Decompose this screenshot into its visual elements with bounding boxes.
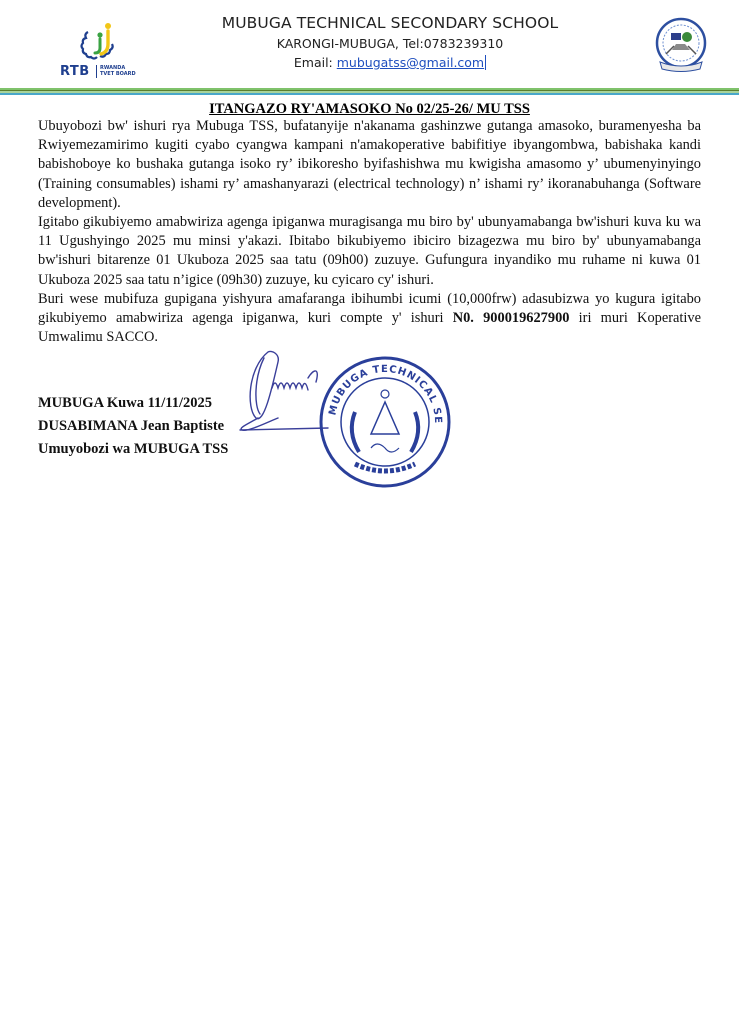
rtb-logo: RTB RWANDA TVET BOARD [56, 20, 156, 80]
school-emblem-icon [652, 16, 710, 76]
signatory-title: Umuyobozi wa MUBUGA TSS [38, 438, 228, 461]
paragraph-tender-docs: Igitabo gikubiyemo amabwiriza agenga ipi… [38, 213, 701, 290]
paragraph-payment: Buri wese mubifuza gupigana yishyura ama… [38, 290, 701, 348]
signatory-name: DUSABIMANA Jean Baptiste [38, 415, 228, 438]
paragraph-intro: Ubuyobozi bw' ishuri rya Mubuga TSS, buf… [38, 117, 701, 213]
school-email-line: Email: mubugatss@gmail.com [180, 53, 600, 72]
school-info: MUBUGA TECHNICAL SECONDARY SCHOOL KARONG… [180, 12, 600, 72]
school-address: KARONGI-MUBUGA, Tel:0783239310 [180, 34, 600, 53]
school-emblem [652, 16, 710, 76]
place-date: MUBUGA Kuwa 11/11/2025 [38, 392, 228, 415]
rtb-logo-icon [56, 20, 156, 64]
email-label: Email: [294, 55, 337, 70]
email-link[interactable]: mubugatss@gmail.com [337, 55, 486, 70]
notice-body: Ubuyobozi bw' ishuri rya Mubuga TSS, buf… [38, 117, 701, 347]
signature-block: MUBUGA Kuwa 11/11/2025 DUSABIMANA Jean B… [38, 392, 228, 461]
school-name: MUBUGA TECHNICAL SECONDARY SCHOOL [180, 12, 600, 34]
notice-title: ITANGAZO RY'AMASOKO No 02/25-26/ MU TSS [0, 101, 739, 118]
rtb-acronym: RTB [60, 64, 90, 79]
rtb-subtitle: RWANDA TVET BOARD [100, 65, 136, 77]
svg-text:MUBUGA TECHNICAL SECONDARY SCH: MUBUGA TECHNICAL SECONDARY SCHOOL [315, 352, 443, 424]
school-stamp: MUBUGA TECHNICAL SECONDARY SCHOOL [315, 352, 455, 492]
rtb-separator [96, 65, 97, 78]
letterhead: RTB RWANDA TVET BOARD MUBUGA TECHNICAL S… [0, 0, 739, 96]
account-number: N0. 900019627900 [453, 310, 570, 326]
rtb-subtitle-line2: TVET BOARD [100, 71, 136, 77]
header-rule-blue [0, 93, 739, 95]
school-stamp-icon: MUBUGA TECHNICAL SECONDARY SCHOOL [315, 352, 455, 492]
